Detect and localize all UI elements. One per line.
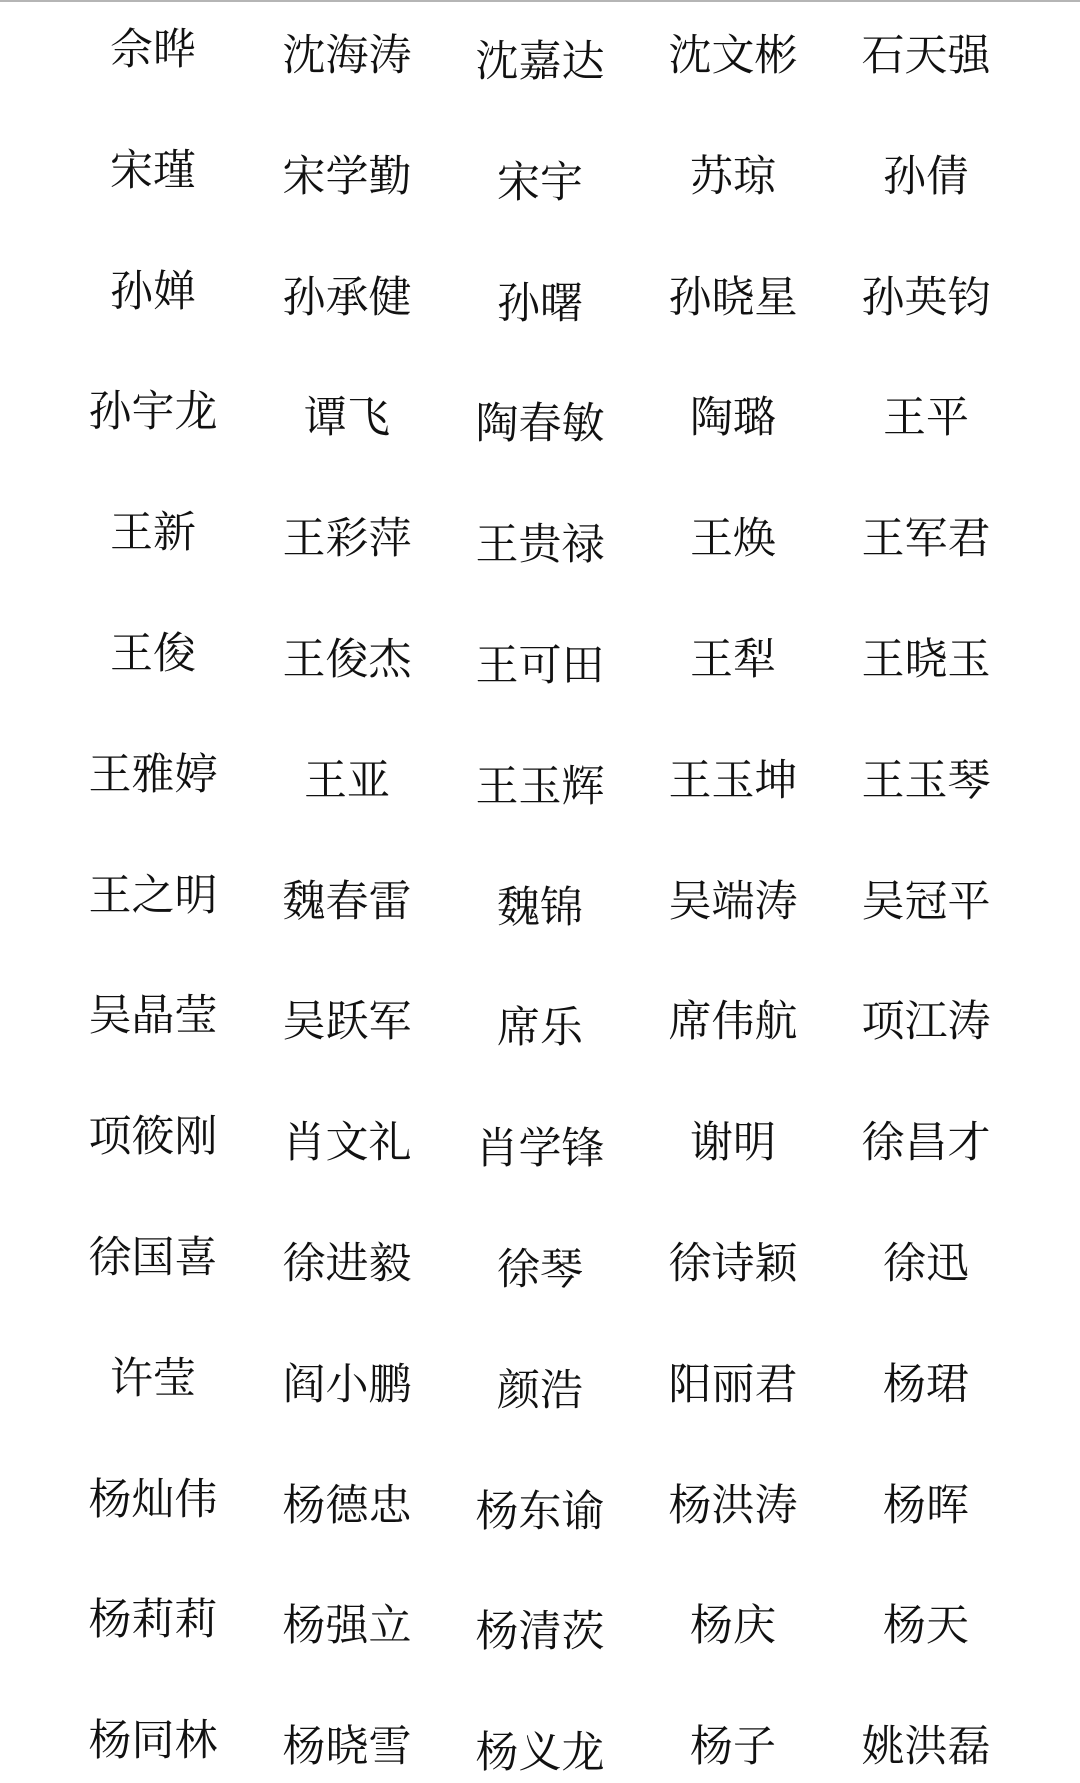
- name-cell: 吴晶莹: [58, 986, 248, 1046]
- name-cell: 阳丽君: [638, 1355, 828, 1415]
- name-cell: 王犁: [638, 630, 828, 690]
- name-row: 佘晔沈海涛沈嘉达沈文彬石天强: [0, 22, 1080, 82]
- name-row: 王新王彩萍王贵禄王焕王军君: [0, 505, 1080, 565]
- name-cell: 石天强: [831, 26, 1021, 86]
- name-cell: 徐诗颖: [638, 1234, 828, 1294]
- name-cell: 孙英钧: [831, 268, 1021, 328]
- name-cell: 肖学锋: [445, 1119, 635, 1179]
- name-cell: 杨莉莉: [58, 1590, 248, 1650]
- name-cell: 王玉琴: [831, 751, 1021, 811]
- name-cell: 吴端涛: [638, 872, 828, 932]
- name-row: 宋瑾宋学勤宋宇苏琼孙倩: [0, 143, 1080, 203]
- name-cell: 宋瑾: [58, 141, 248, 201]
- name-cell: 项江涛: [831, 992, 1021, 1052]
- name-cell: 颜浩: [445, 1361, 635, 1421]
- name-row: 徐国喜徐进毅徐琴徐诗颖徐迅: [0, 1230, 1080, 1290]
- name-cell: 杨同林: [58, 1711, 248, 1771]
- name-cell: 席伟航: [638, 992, 828, 1052]
- name-cell: 宋学勤: [252, 147, 442, 207]
- name-cell: 王彩萍: [252, 509, 442, 569]
- name-cell: 王玉辉: [445, 757, 635, 817]
- name-cell: 席乐: [445, 998, 635, 1058]
- name-cell: 孙婵: [58, 262, 248, 322]
- name-cell: 杨洪涛: [638, 1476, 828, 1536]
- name-cell: 杨清茨: [445, 1602, 635, 1662]
- name-cell: 谭飞: [252, 388, 442, 448]
- name-cell: 吴冠平: [831, 872, 1021, 932]
- name-cell: 王焕: [638, 509, 828, 569]
- name-cell: 陶璐: [638, 388, 828, 448]
- name-row: 杨同林杨晓雪杨义龙杨子姚洪磊: [0, 1713, 1080, 1773]
- name-cell: 宋宇: [445, 153, 635, 213]
- name-row: 吴晶莹吴跃军席乐席伟航项江涛: [0, 988, 1080, 1048]
- name-cell: 沈嘉达: [445, 32, 635, 92]
- name-row: 孙婵孙承健孙曙孙晓星孙英钧: [0, 264, 1080, 324]
- name-cell: 杨义龙: [445, 1723, 635, 1783]
- name-cell: 杨东谕: [445, 1482, 635, 1542]
- name-row: 王之明魏春雷魏锦吴端涛吴冠平: [0, 868, 1080, 928]
- name-row: 王雅婷王亚王玉辉王玉坤王玉琴: [0, 747, 1080, 807]
- name-cell: 杨珺: [831, 1355, 1021, 1415]
- name-cell: 王之明: [58, 866, 248, 926]
- name-cell: 杨天: [831, 1596, 1021, 1656]
- name-cell: 佘晔: [58, 20, 248, 80]
- name-cell: 魏锦: [445, 878, 635, 938]
- name-cell: 王俊杰: [252, 630, 442, 690]
- name-cell: 徐进毅: [252, 1234, 442, 1294]
- name-cell: 杨晖: [831, 1476, 1021, 1536]
- name-cell: 王雅婷: [58, 745, 248, 805]
- name-cell: 魏春雷: [252, 872, 442, 932]
- name-cell: 王玉坤: [638, 751, 828, 811]
- name-cell: 肖文礼: [252, 1113, 442, 1173]
- name-cell: 杨灿伟: [58, 1470, 248, 1530]
- name-cell: 王新: [58, 503, 248, 563]
- name-cell: 孙曙: [445, 274, 635, 334]
- name-cell: 徐迅: [831, 1234, 1021, 1294]
- name-cell: 徐昌才: [831, 1113, 1021, 1173]
- name-cell: 王晓玉: [831, 630, 1021, 690]
- name-row: 孙宇龙谭飞陶春敏陶璐王平: [0, 384, 1080, 444]
- name-cell: 陶春敏: [445, 394, 635, 454]
- name-cell: 吴跃军: [252, 992, 442, 1052]
- name-cell: 徐琴: [445, 1240, 635, 1300]
- name-cell: 杨强立: [252, 1596, 442, 1656]
- name-cell: 杨晓雪: [252, 1717, 442, 1777]
- name-row: 杨莉莉杨强立杨清茨杨庆杨天: [0, 1592, 1080, 1652]
- top-divider: [0, 0, 1080, 2]
- name-cell: 王贵禄: [445, 515, 635, 575]
- name-cell: 项筱刚: [58, 1107, 248, 1167]
- name-cell: 沈文彬: [638, 26, 828, 86]
- name-cell: 王平: [831, 388, 1021, 448]
- name-cell: 王亚: [252, 751, 442, 811]
- name-row: 许莹阎小鹏颜浩阳丽君杨珺: [0, 1351, 1080, 1411]
- name-cell: 姚洪磊: [831, 1717, 1021, 1777]
- name-row: 王俊王俊杰王可田王犁王晓玉: [0, 626, 1080, 686]
- name-cell: 徐国喜: [58, 1228, 248, 1288]
- name-cell: 王俊: [58, 624, 248, 684]
- name-cell: 许莹: [58, 1349, 248, 1409]
- name-cell: 孙承健: [252, 268, 442, 328]
- name-cell: 王可田: [445, 636, 635, 696]
- name-cell: 阎小鹏: [252, 1355, 442, 1415]
- name-cell: 沈海涛: [252, 26, 442, 86]
- name-cell: 王军君: [831, 509, 1021, 569]
- name-cell: 孙宇龙: [58, 382, 248, 442]
- name-cell: 孙倩: [831, 147, 1021, 207]
- name-row: 项筱刚肖文礼肖学锋谢明徐昌才: [0, 1109, 1080, 1169]
- name-cell: 谢明: [638, 1113, 828, 1173]
- name-cell: 孙晓星: [638, 268, 828, 328]
- name-cell: 杨庆: [638, 1596, 828, 1656]
- name-cell: 杨子: [638, 1717, 828, 1777]
- name-cell: 苏琼: [638, 147, 828, 207]
- name-cell: 杨德忠: [252, 1476, 442, 1536]
- name-row: 杨灿伟杨德忠杨东谕杨洪涛杨晖: [0, 1472, 1080, 1532]
